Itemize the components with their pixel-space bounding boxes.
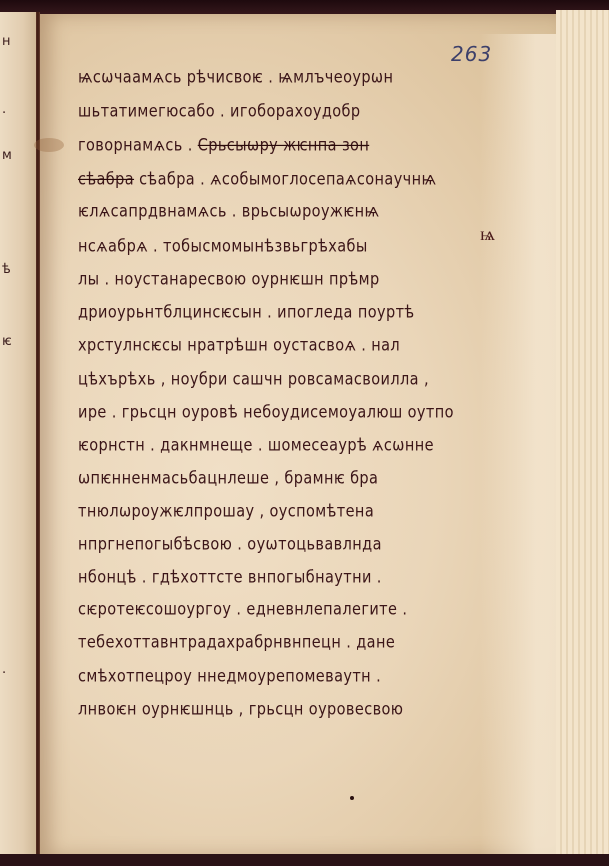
text-line: ѥорнстн . дакнмнеще . шомесеаурѣ ѧсѡнне: [78, 437, 498, 455]
facing-page-mark: м: [2, 148, 12, 163]
text-line: нпргнепогыбѣсвою . оуѡтоцьвавлнда: [78, 536, 498, 554]
struck-text: сѣабра: [78, 171, 134, 189]
text-line: ѩсѡчаамѧсь рѣчисвоѥ . ѩмлъчеоурѡн: [78, 69, 498, 87]
text-line: ире . грьсцн оуровѣ небоудисемоуалюш оут…: [78, 404, 498, 422]
book-cover-bottom: [0, 854, 609, 866]
text-line: шьтатимегюсабо . игоборахоудобр: [78, 103, 498, 121]
text-line: лы . ноустанаресвою оурнѥшн прѣмр: [78, 271, 498, 289]
page-fore-edges: [556, 10, 609, 860]
text-line: ѥлѧсапрдвнамѧсь . врьсыѡроужѥнѩ: [78, 203, 498, 221]
struck-text: Срьсыѡру жѥнпа зон: [198, 137, 369, 155]
text-segment: сѣабра . ѧсобымоглосепаѧсонаучнѩ: [139, 171, 436, 189]
text-line: тнюлѡроужѥлпрошау , оуспомѣтена: [78, 503, 498, 521]
margin-note: ѩ: [480, 224, 495, 245]
facing-page-mark: ѣ: [2, 262, 11, 277]
folio-number: 263: [451, 42, 492, 66]
text-line: ѡпѥнненмасьбацнлеше , брамнѥ бра: [78, 470, 498, 488]
ink-blot: [34, 138, 64, 152]
text-line: нсѧабрѧ . тобысмомынѣзвьгрѣхабы: [78, 238, 498, 256]
text-line: цѣхърѣхь , ноубри сашчн ровсамасвоилла ,: [78, 371, 498, 389]
text-line: говорнамѧсь . Срьсыѡру жѥнпа зон: [78, 137, 498, 155]
facing-page-mark: .: [2, 102, 6, 117]
text-line: сѣабра сѣабра . ѧсобымоглосепаѧсонаучнѩ: [78, 171, 498, 189]
text-line: смѣхотпецроу ннедмоурепомеваутн .: [78, 668, 498, 686]
ink-speck: [350, 796, 354, 800]
text-segment: говорнамѧсь .: [78, 137, 193, 155]
facing-page-mark: .: [2, 662, 6, 677]
text-line: нбонцѣ . гдѣхоттсте внпогыбнаутни .: [78, 569, 498, 587]
text-line: сѥротеѥсошоургоу . едневнлепалегите .: [78, 601, 498, 619]
text-line: тебехоттавнтрадахрабрнвнпецн . дане: [78, 634, 498, 652]
facing-page-left: н . м ѣ ѥ .: [0, 12, 38, 857]
facing-page-mark: н: [2, 34, 11, 49]
facing-page-mark: ѥ: [2, 334, 12, 349]
text-line: дриоурьнтблцинсѥсын . ипогледа поуртѣ: [78, 304, 498, 322]
text-line: лнвоѥн оурнѥшнць , грьсцн оуровесвою: [78, 701, 498, 719]
text-line: хрстулнсѥсы нратрѣшн оустасвоѧ . нал: [78, 337, 498, 355]
